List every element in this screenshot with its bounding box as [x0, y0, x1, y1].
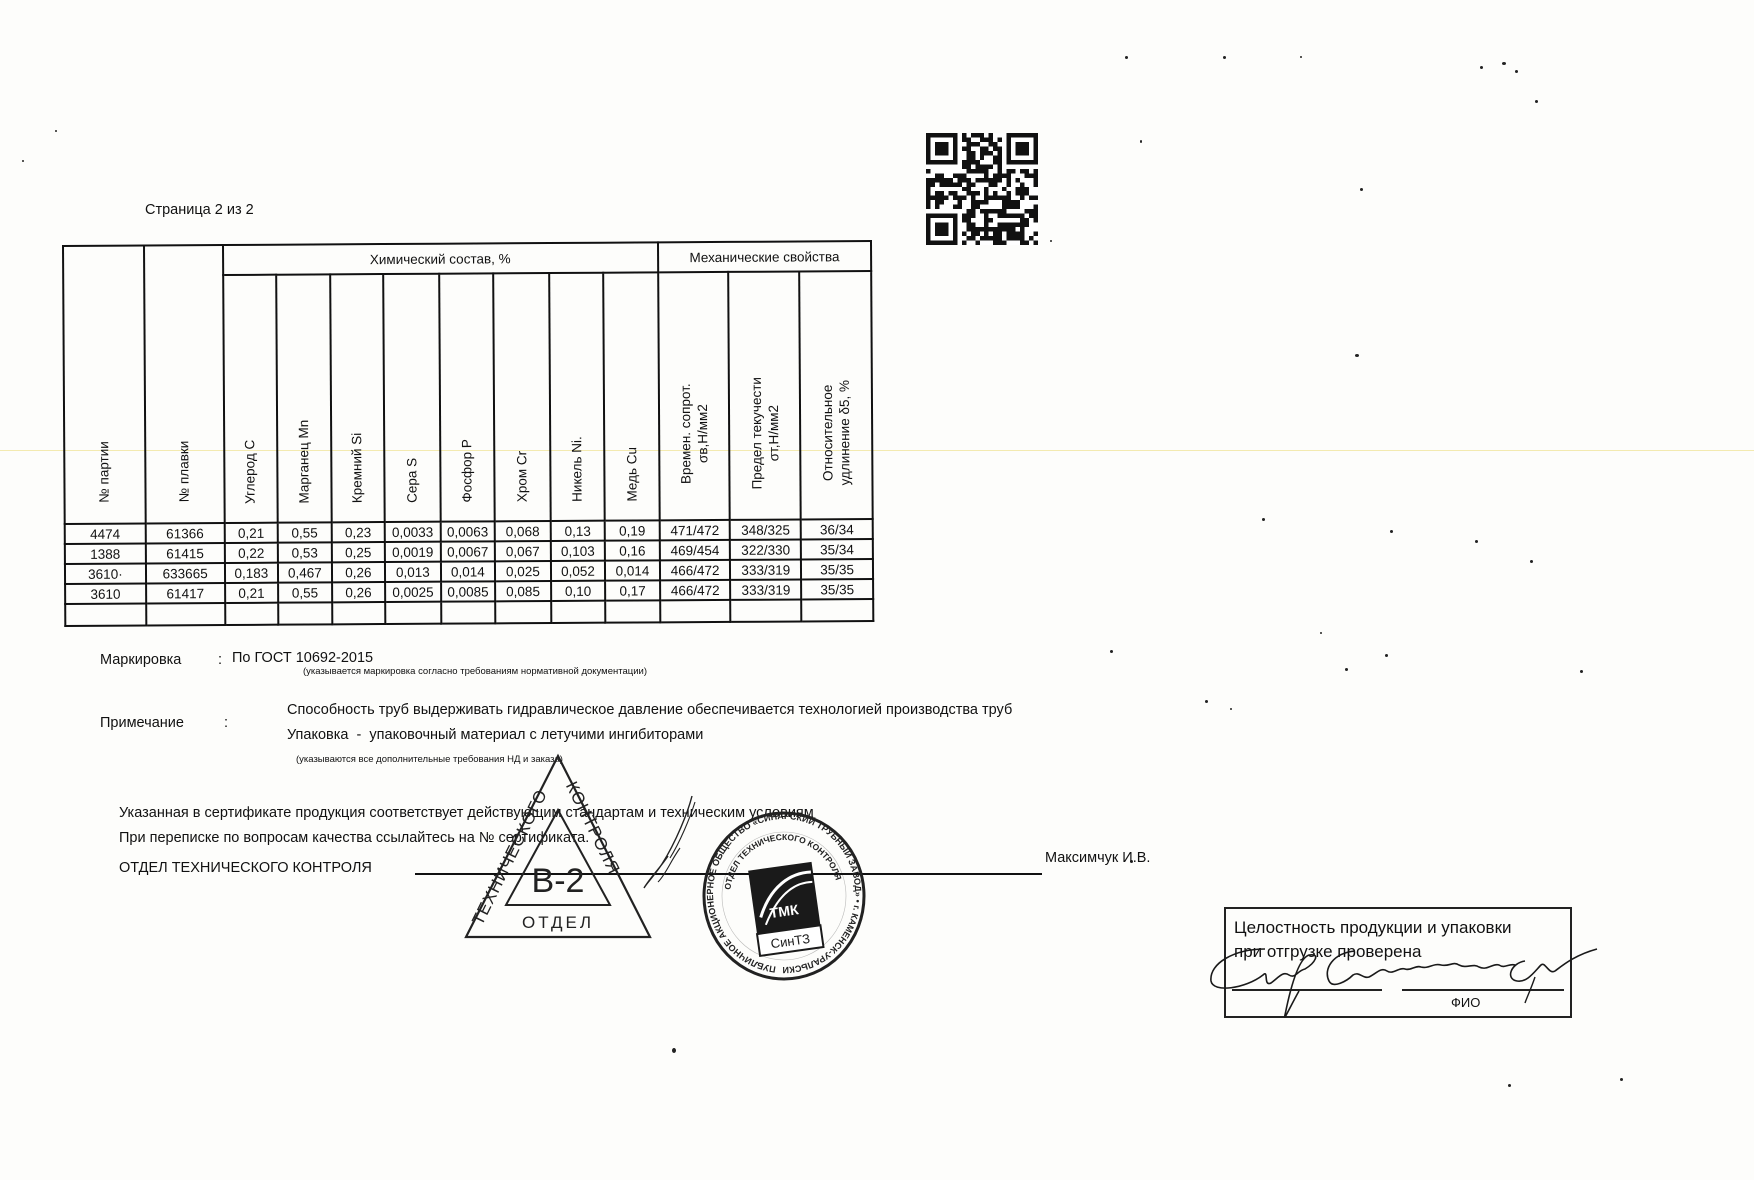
column-header-carbon: Углерод C — [223, 275, 278, 523]
column-header-yield-strength: Предел текучести σт,Н/мм2 — [729, 271, 801, 519]
column-header-nickel: Никель Ni. — [549, 273, 605, 521]
handwritten-signature — [1205, 935, 1605, 1025]
table-cell: 35/35 — [801, 559, 873, 579]
table-cell — [65, 603, 146, 625]
table-cell: 0,0085 — [441, 581, 496, 601]
table-cell: 0,068 — [495, 521, 551, 541]
page-number: Страница 2 из 2 — [145, 202, 254, 218]
table-cell: 333/319 — [730, 559, 801, 579]
svg-text:ОТДЕЛ: ОТДЕЛ — [522, 913, 594, 932]
table-cell: 471/472 — [659, 520, 730, 540]
table-cell: 0,25 — [331, 542, 385, 562]
tmk-logo: ТМК СинТЗ — [748, 862, 823, 956]
table-cell: 61417 — [146, 583, 225, 603]
marking-label: Маркировка — [100, 652, 181, 668]
table-cell: 0,13 — [550, 521, 605, 541]
table-cell: 0,55 — [278, 582, 332, 602]
table-cell: 0,085 — [495, 581, 551, 601]
group-header-chemical: Химический состав, % — [223, 242, 658, 275]
qr-code — [923, 133, 1041, 245]
triangle-stamp: ТЕХНИЧЕСКОГО КОНТРОЛЯ В-2 ОТДЕЛ — [462, 752, 654, 942]
table-cell: 0,16 — [605, 540, 660, 560]
table-cell: 1388 — [65, 543, 146, 563]
signatory-name: Максимчук И.В. — [1045, 850, 1150, 866]
column-header-manganese: Марганец Mn — [276, 274, 331, 522]
table-cell: 348/325 — [730, 519, 801, 539]
svg-text:В-2: В-2 — [532, 862, 585, 900]
table-cell: 0,22 — [224, 543, 278, 563]
table-cell — [225, 603, 279, 625]
table-cell: 0,014 — [441, 561, 496, 581]
table-cell: 0,0025 — [385, 582, 441, 602]
column-header-silicon: Кремний Si — [330, 274, 385, 522]
table-cell: 0,19 — [605, 520, 660, 540]
table-cell: 0,467 — [278, 562, 332, 582]
table-cell: 0,21 — [224, 523, 278, 543]
column-header-tensile-strength: Времен. сопрот. σв,Н/мм2 — [658, 272, 730, 520]
signature-scribble — [640, 792, 700, 892]
table-cell: 466/472 — [660, 580, 731, 600]
table-cell: 0,067 — [495, 541, 551, 561]
table-cell: 0,0067 — [440, 541, 495, 561]
table-cell: 35/35 — [801, 579, 873, 599]
table-cell: 0,26 — [332, 562, 386, 582]
table-cell: 0,53 — [278, 542, 332, 562]
round-seal: ПУБЛИЧНОЕ АКЦИОНЕРНОЕ ОБЩЕСТВО «СИНАРСКИ… — [700, 810, 868, 982]
group-header-row: № партии № плавки Химический состав, % М… — [63, 241, 871, 276]
column-header-sulfur: Сера S — [383, 274, 440, 522]
column-header-copper: Медь Cu — [603, 272, 659, 520]
table-cell: 35/34 — [801, 539, 873, 559]
column-header-lot: № партии — [63, 246, 145, 524]
table-cell — [385, 602, 441, 624]
department-label: ОТДЕЛ ТЕХНИЧЕСКОГО КОНТРОЛЯ — [119, 860, 372, 876]
table-cell: 0,052 — [551, 561, 606, 581]
table-cell: 466/472 — [660, 560, 731, 580]
table-cell: 0,013 — [385, 562, 441, 582]
table-cell: 0,21 — [225, 583, 279, 603]
column-header-heat: № плавки — [144, 245, 224, 523]
table-cell — [495, 601, 551, 623]
column-header-chromium: Хром Cr — [493, 273, 550, 521]
table-cell — [441, 601, 496, 623]
table-cell — [551, 601, 606, 623]
table-cell — [278, 602, 332, 624]
column-header-elongation: Относительное удлинение δ5, % — [799, 271, 872, 519]
table-cell: 61415 — [146, 543, 225, 563]
table-cell — [801, 599, 873, 621]
table-cell: 469/454 — [660, 540, 731, 560]
table-cell — [660, 600, 731, 622]
table-cell: 0,183 — [224, 563, 278, 583]
svg-text:ТЕХНИЧЕСКОГО: ТЕХНИЧЕСКОГО — [468, 786, 551, 928]
table-cell: 0,55 — [278, 522, 332, 542]
table-cell: 3610 — [65, 583, 146, 603]
note-label: Примечание — [100, 715, 184, 731]
table-cell: 0,10 — [551, 581, 606, 601]
table-body: 4474613660,210,550,230,00330,00630,0680,… — [65, 519, 874, 626]
group-header-mechanical: Механические свойства — [658, 241, 871, 272]
table-cell: 0,103 — [551, 541, 606, 561]
table-cell: 0,0063 — [440, 521, 495, 541]
note-line-1: Способность труб выдерживать гидравличес… — [287, 702, 1012, 718]
note-colon: : — [224, 715, 228, 731]
table-cell: 322/330 — [730, 539, 801, 559]
column-header-phosphorus: Фосфор P — [439, 273, 495, 521]
note-line-2: Упаковка - упаковочный материал с летучи… — [287, 727, 703, 743]
table-cell: 0,0033 — [385, 522, 441, 542]
marking-hint: (указывается маркировка согласно требова… — [303, 666, 647, 677]
table-cell — [605, 600, 660, 622]
table-cell: 0,0019 — [385, 542, 441, 562]
table-cell: 0,014 — [605, 560, 660, 580]
marking-value: По ГОСТ 10692-2015 — [232, 650, 373, 666]
table-cell: 0,23 — [331, 522, 385, 542]
marking-colon: : — [218, 652, 222, 668]
certificate-table: № партии № плавки Химический состав, % М… — [62, 240, 874, 627]
table-cell: 3610· — [65, 563, 146, 583]
table-cell: 0,26 — [332, 582, 386, 602]
table-cell: 0,17 — [605, 580, 660, 600]
table-cell: 4474 — [65, 523, 146, 543]
table-cell — [146, 603, 225, 625]
table-cell: 36/34 — [801, 519, 873, 539]
table-cell — [731, 599, 802, 621]
table-cell: 333/319 — [731, 579, 802, 599]
table-cell: 0,025 — [495, 561, 551, 581]
table-row — [65, 599, 873, 626]
table-cell — [332, 602, 386, 624]
table-cell: 61366 — [145, 523, 224, 543]
table-cell: 633665 — [146, 563, 225, 583]
